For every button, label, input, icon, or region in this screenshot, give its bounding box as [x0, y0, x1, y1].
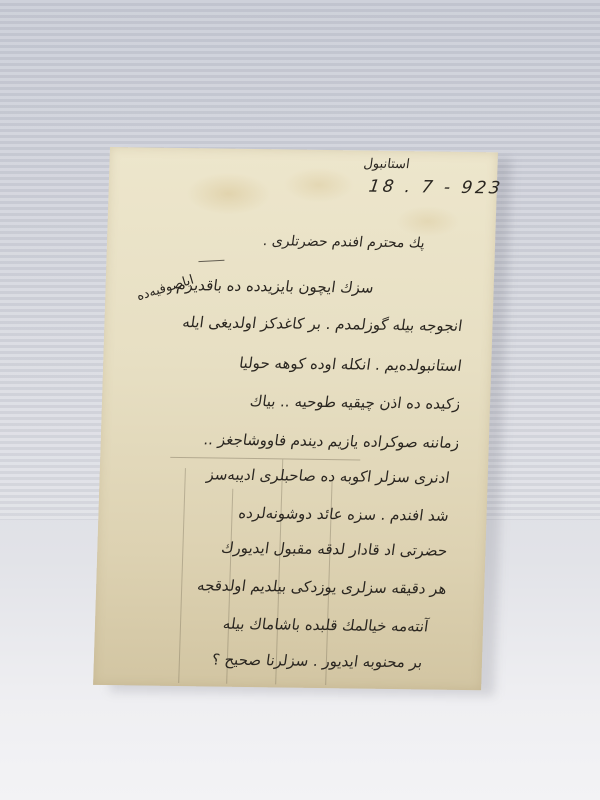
ruled-line-horizontal	[170, 457, 360, 461]
body-line-4: زکیده ده اذن چیقیه طوحیه .. بیاك	[249, 392, 462, 413]
body-line-3: استانبولده‌یم . انكله اوده كوهه حولیا	[238, 354, 463, 375]
body-line-11: بر محنوبه ایدیور . سزلرنا صحیح ؟	[210, 650, 423, 671]
pen-stroke	[198, 260, 224, 262]
body-line-5: زماننه صوكراده یازیم دیندم فاووشاجغز ..	[202, 430, 460, 452]
body-line-6: ادنری سزلر اکوبه ده صاحبلری ادیبه‌سز	[206, 465, 451, 486]
body-line-7: شد افندم . سزه عائد دوشونه‌لرده	[237, 504, 450, 525]
body-line-9: هر دقیقه سزلری یوزدكی بیلدیم اولدقجه	[196, 576, 448, 597]
salutation: پك محترم افندم حضرتلری .	[262, 233, 426, 251]
header-place: استانبول	[362, 157, 410, 173]
body-line-10: آنته‌مه خیالمك قلبده باشاماك بیله	[222, 615, 430, 636]
postcard: استانبول 18 . 7 - 923 پك محترم افندم حضر…	[93, 147, 498, 690]
header-date: 18 . 7 - 923	[367, 177, 504, 199]
body-line-1: سزك ایچون بایزیدده ده باقدیرم	[176, 276, 375, 297]
body-line-2: انجوجه بیله گوزلمدم . بر کاغدکز اولدیغی …	[181, 313, 463, 335]
body-line-8: حضرتی اد قادار لدقه مقبول ایدیورك	[220, 539, 448, 560]
ruled-line-vertical	[178, 468, 186, 683]
